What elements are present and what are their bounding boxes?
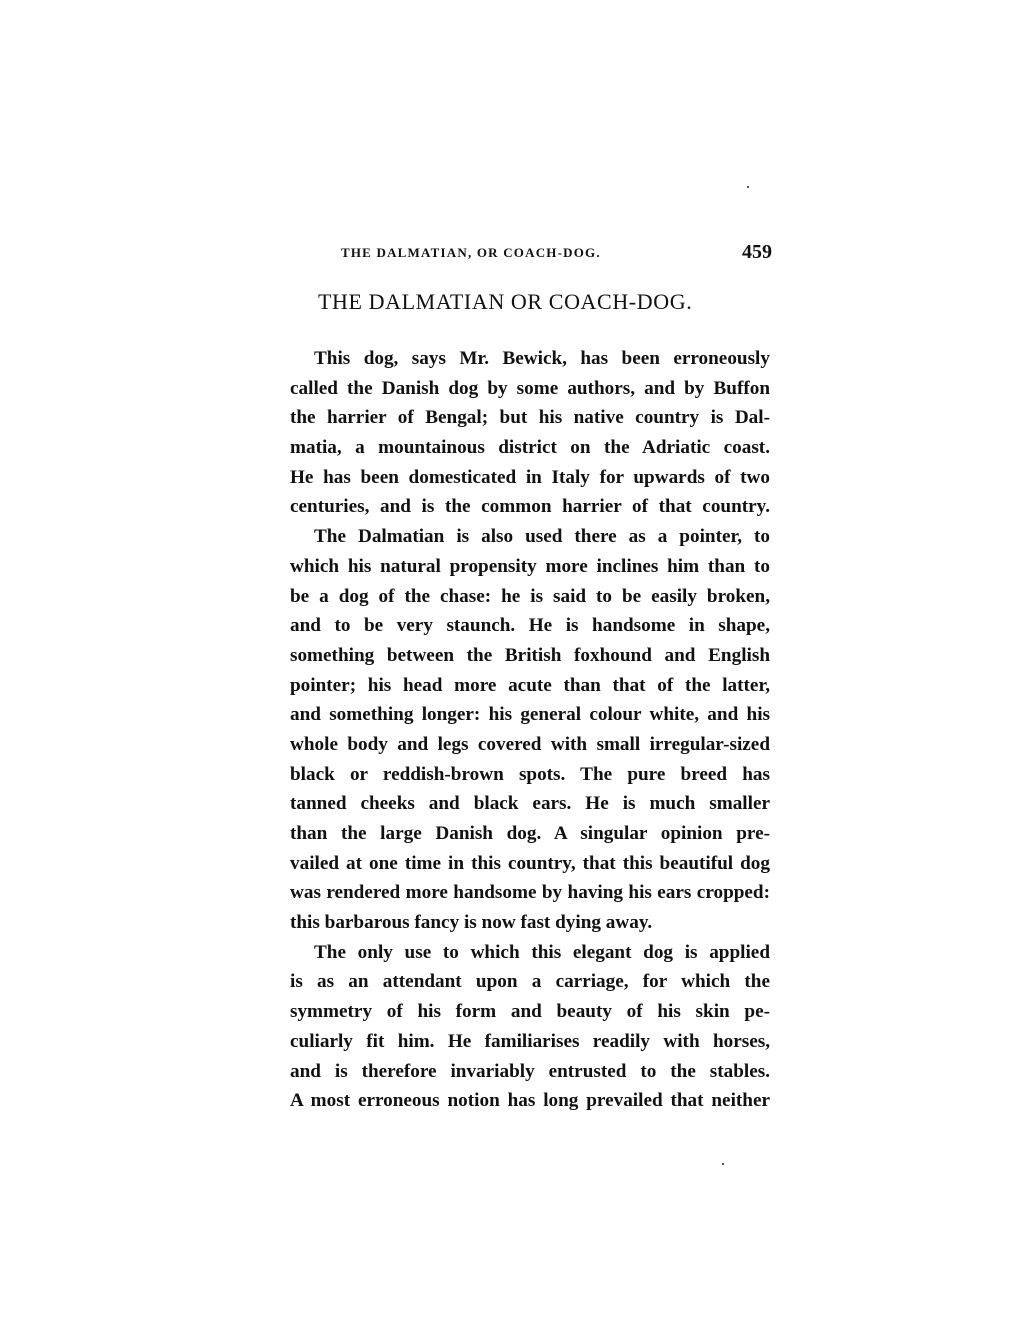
- text-line: which his natural propensity more inclin…: [290, 552, 770, 582]
- text-line: tanned cheeks and black ears. He is much…: [290, 789, 770, 819]
- body-text: This dog, says Mr. Bewick, has been erro…: [290, 344, 770, 1116]
- text-line: The only use to which this elegant dog i…: [290, 938, 770, 968]
- text-line: than the large Danish dog. A singular op…: [290, 819, 770, 849]
- text-line: is as an attendant upon a carriage, for …: [290, 967, 770, 997]
- text-line: matia, a mountainous district on the Adr…: [290, 433, 770, 463]
- running-title: THE DALMATIAN, OR COACH-DOG.: [341, 245, 601, 261]
- text-line: A most erroneous notion has long prevail…: [290, 1086, 770, 1116]
- text-line: He has been domesticated in Italy for up…: [290, 463, 770, 493]
- text-line: centuries, and is the common harrier of …: [290, 492, 770, 522]
- text-line: this barbarous fancy is now fast dying a…: [290, 908, 770, 938]
- text-line: pointer; his head more acute than that o…: [290, 671, 770, 701]
- text-line: and to be very staunch. He is handsome i…: [290, 611, 770, 641]
- text-line: black or reddish-brown spots. The pure b…: [290, 760, 770, 790]
- text-line: called the Danish dog by some authors, a…: [290, 374, 770, 404]
- page-number: 459: [742, 241, 772, 264]
- chapter-title: THE DALMATIAN OR COACH-DOG.: [318, 289, 778, 315]
- text-line: This dog, says Mr. Bewick, has been erro…: [290, 344, 770, 374]
- text-line: and is therefore invariably entrusted to…: [290, 1057, 770, 1087]
- text-line: the harrier of Bengal; but his native co…: [290, 403, 770, 433]
- book-page: THE DALMATIAN, OR COACH-DOG. 459 THE DAL…: [0, 0, 1033, 1339]
- scan-speck: [722, 1163, 724, 1165]
- text-line: was rendered more handsome by having his…: [290, 878, 770, 908]
- text-line: whole body and legs covered with small i…: [290, 730, 770, 760]
- running-head: THE DALMATIAN, OR COACH-DOG. 459: [335, 241, 772, 265]
- text-line: be a dog of the chase: he is said to be …: [290, 582, 770, 612]
- text-line: symmetry of his form and beauty of his s…: [290, 997, 770, 1027]
- text-line: and something longer: his general colour…: [290, 700, 770, 730]
- text-line: vailed at one time in this country, that…: [290, 849, 770, 879]
- text-line: culiarly fit him. He familiarises readil…: [290, 1027, 770, 1057]
- text-line: something between the British foxhound a…: [290, 641, 770, 671]
- text-line: The Dalmatian is also used there as a po…: [290, 522, 770, 552]
- scan-speck: [747, 186, 749, 188]
